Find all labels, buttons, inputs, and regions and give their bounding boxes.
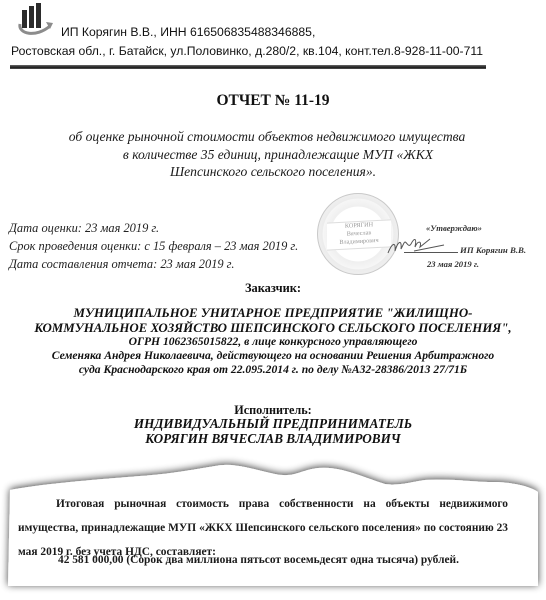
stamp-text: КОРЯГИН Вячеслав Владимирович [327,219,391,250]
valuation-period: Срок проведения оценки: с 15 февраля – 2… [9,237,298,255]
approval-date: 23 мая 2019 г. [427,259,479,269]
customer-heading: Заказчик: [0,281,546,296]
company-logo-icon [14,0,58,40]
company-info-line1: ИП Корягин В.В., ИНН 616506835488346885, [61,25,315,39]
report-dates: Дата оценки: 23 мая 2019 г. Срок проведе… [9,219,298,273]
subject-line: об оценке рыночной стоимости объектов не… [0,128,546,146]
executor-name: ИНДИВИДУАЛЬНЫЙ ПРЕДПРИНИМАТЕЛЬ КОРЯГИН В… [0,416,546,446]
customer-ogrn: ОГРН 1062365015822, в лице конкурсного у… [0,335,546,349]
report-title: ОТЧЕТ № 11-19 [0,92,546,110]
report-compilation-date: Дата составления отчета: 23 мая 2019 г. [9,255,298,273]
customer-name: МУНИЦИПАЛЬНОЕ УНИТАРНОЕ ПРЕДПРИЯТИЕ "ЖИЛ… [0,306,546,335]
customer-name-line: МУНИЦИПАЛЬНОЕ УНИТАРНОЕ ПРЕДПРИЯТИЕ "ЖИЛ… [0,306,546,321]
customer-representative: Семеняка Андрея Николаевича, действующег… [0,349,546,363]
valuation-date: Дата оценки: 23 мая 2019 г. [9,219,298,237]
executor-name-line: ИНДИВИДУАЛЬНЫЙ ПРЕДПРИНИМАТЕЛЬ [0,416,546,431]
subject-line: в количестве 35 единиц, принадлежащие МУ… [10,146,546,164]
official-stamp: КОРЯГИН Вячеслав Владимирович [317,193,399,275]
subject-line: Шепсинского сельского поселения». [0,163,546,181]
company-address-line: Ростовская обл., г. Батайск, ул.Половинк… [11,44,483,58]
valuation-total: 42 581 000,00 (Сорок два миллиона пятьсо… [58,554,459,566]
approver-name: ИП Корягин В.В. [460,245,526,255]
signature-icon [386,235,454,257]
report-subject: об оценке рыночной стоимости объектов не… [0,128,546,181]
customer-name-line: КОММУНАЛЬНОЕ ХОЗЯЙСТВО ШЕПСИНСКОГО СЕЛЬС… [0,321,546,336]
approval-label: «Утверждаю» [426,223,482,233]
signature-line [404,252,458,253]
executor-name-line: КОРЯГИН ВЯЧЕСЛАВ ВЛАДИМИРОВИЧ [0,431,546,446]
customer-court-decision: суда Краснодарского края от 22.095.2014 … [0,363,546,377]
customer-details: ОГРН 1062365015822, в лице конкурсного у… [0,335,546,376]
header-divider [10,65,486,69]
